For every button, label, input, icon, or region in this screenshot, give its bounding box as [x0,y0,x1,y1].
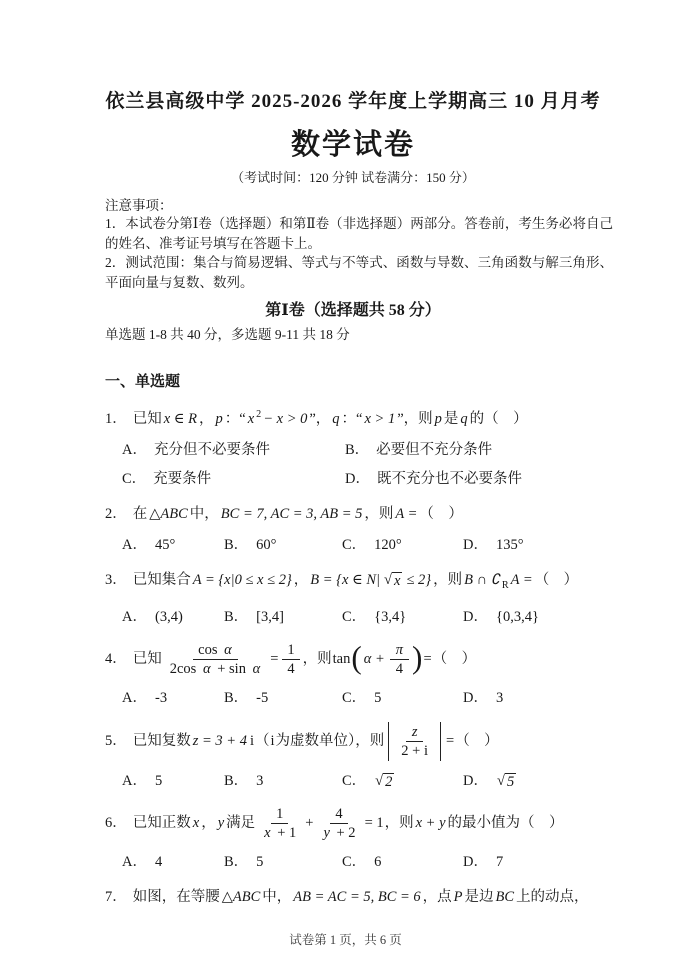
math-roman-run: 2 + i [401,743,428,759]
text-run: 是 [444,411,459,427]
math-roman-run: 4 [335,806,342,822]
radicand: 5 [505,773,516,791]
text-run: （ ） [433,651,477,667]
math-run: z = 3 + 4 [193,733,247,749]
math-run: A = [511,572,533,588]
option-label: D． [463,609,488,625]
math-roman-run: i [250,733,254,749]
option-label: B． [224,537,248,553]
question-option: A．4 [122,851,224,873]
math-roman-run: i [271,733,275,749]
math-run: A = {x|0 ≤ x ≤ 2} [193,572,292,588]
text-run: 既不充分也不必要条件 [377,471,522,487]
footer-page-number: 试卷第 1 页，共 6 页 [0,930,691,948]
question-number: 2． [105,506,127,522]
notice-item-2: 2．测试范围：集合与简易逻辑、等式与不等式、函数与导数、三角函数与解三角形、平面… [105,253,613,292]
option-label: C． [342,690,366,706]
math-run: α [224,642,232,658]
question-option: B．5 [224,851,342,873]
text-run: 中， [262,889,291,905]
text-run: ， [201,815,216,831]
math-roman-run: 3 [256,773,263,789]
fraction: cos α2cos α + sin α [165,641,266,678]
math-run: α + [364,651,385,667]
question-option: A．45° [122,534,224,556]
option-label: A． [122,537,147,553]
text-run: 已知集合 [133,572,191,588]
text-run: 上的动点， [516,889,589,905]
math-roman-run: 4 [396,661,403,677]
question-option: B．[3,4] [224,606,342,628]
text-run: （ ） [455,733,499,749]
exam-info: （考试时间：120 分钟 试卷满分：150 分） [93,167,613,186]
text-run: ”， [309,411,330,427]
math-roman-run: 1 [287,642,294,658]
question-options: A．(3,4)B．[3,4]C．{3,4}D．{0,3,4} [105,606,613,628]
question-stem: 1．已知x ∈ R，p：“x2− x > 0”，q：“x > 1”，则p是q的（… [105,404,613,430]
text-run: ：“ [342,411,363,427]
math-run: BC [496,889,515,905]
text-run: ， [199,411,214,427]
option-label: A． [122,854,147,870]
question-option: A．-3 [122,687,224,709]
text-run: ”，则 [397,411,432,427]
question-6: 6．已知正数x，y满足1x + 1+4y + 2= 1，则x + y的最小值为（… [105,805,613,873]
question-option: D．3 [463,687,613,709]
math-run: x [248,411,254,427]
math-run: B = {x ∈ N| [310,572,380,588]
question-4: 4．已知cos α2cos α + sin α=14，则tan(α +π4)=（… [105,641,613,709]
math-run: B ∩ ∁ [464,572,500,588]
question-options: A．充分但不必要条件B．必要但不充分条件C．充要条件D．既不充分也不必要条件 [105,439,613,490]
question-option: C．5 [342,687,463,709]
question-number: 1． [105,411,127,427]
question-stem: 2．在△ABC中，BC = 7, AC = 3, AB = 5，则A =（ ） [105,503,613,525]
math-run: AB = AC = 5, BC = 6 [293,889,420,905]
question-number: 6． [105,815,127,831]
math-run: p [435,411,442,427]
fraction-numerator: cos α [193,641,238,660]
option-label: C． [342,854,366,870]
fraction-denominator: y + 2 [317,824,360,842]
math-run: △ABC [222,889,261,905]
option-label: C． [342,537,366,553]
math-run: q [332,411,339,427]
text-run: 如图，在等腰 [133,889,220,905]
part-1-heading: 一、单选题 [105,370,613,391]
text-run: ，则 [364,506,393,522]
math-roman-run: {3,4} [374,609,406,625]
option-label: C． [342,609,366,625]
text-run: 充分但不必要条件 [154,442,270,458]
math-roman-run: (3,4) [155,609,183,625]
option-label: D． [463,773,488,789]
radicand: 2 [383,773,394,791]
notice-item-1: 1．本试卷分第Ⅰ卷（选择题）和第Ⅱ卷（非选择题）两部分。答卷前，考生务必将自己的… [105,214,613,253]
math-roman-run: 6 [374,854,381,870]
fraction-denominator: 4 [391,660,408,678]
math-roman-run: 135° [496,537,524,553]
option-label: A． [122,690,147,706]
question-option: C．120° [342,534,463,556]
text-run: 必要但不充分条件 [376,442,492,458]
math-roman-run: -5 [256,690,268,706]
math-roman-run: = [423,651,431,667]
fraction: π4 [390,641,409,678]
math-run: α [203,661,211,677]
text-run: ，则 [385,815,414,831]
question-stem: 7．如图，在等腰△ABC中，AB = AC = 5, BC = 6，点P是边BC… [105,886,613,908]
math-run: p [216,411,223,427]
question-7: 7．如图，在等腰△ABC中，AB = AC = 5, BC = 6，点P是边BC… [105,886,613,908]
text-run: 为虚数单位），则 [276,733,385,749]
math-roman-run: 3 [496,690,503,706]
question-options: A．5B．3C．√2D．√5 [105,770,613,792]
text-run: ：“ [225,411,246,427]
fraction-denominator: 2 + i [396,742,433,760]
question-option: C．充要条件 [122,468,345,490]
math-run: △ABC [149,506,188,522]
math-roman-run: 5 [256,854,263,870]
radical-sign: √ [384,572,392,589]
math-roman-run: 5 [155,773,162,789]
question-option: B．-5 [224,687,342,709]
text-run: （ ） [419,506,463,522]
question-stem: 4．已知cos α2cos α + sin α=14，则tan(α +π4)=（… [105,641,613,678]
option-label: D． [345,471,370,487]
fraction-numerator: 1 [271,805,288,824]
math-run: x + y [416,815,446,831]
math-run: A = [395,506,417,522]
text-run: 中， [190,506,219,522]
square-root: √5 [497,773,516,791]
math-roman-run: tan [333,651,351,667]
text-run: ，则 [303,651,332,667]
option-label: A． [122,773,147,789]
question-stem: 6．已知正数x，y满足1x + 1+4y + 2= 1，则x + y的最小值为（… [105,805,613,842]
fraction-numerator: π [390,641,409,660]
fraction: 14 [282,641,299,678]
fraction-denominator: 2cos α + sin α [165,660,266,678]
math-run: q [460,411,467,427]
square-root: √x [384,572,402,590]
math-run: x [264,825,270,841]
math-roman-run: [3,4] [256,609,284,625]
fraction: z2 + i [396,723,433,760]
text-run: 是边 [465,889,494,905]
math-roman-run: = [446,733,454,749]
math-run: x ∈ R [164,411,197,427]
math-run: y [323,825,329,841]
question-number: 5． [105,733,127,749]
question-options: A．4B．5C．6D．7 [105,851,613,873]
section-1-subtext: 单选题 1-8 共 40 分，多选题 9-11 共 18 分 [105,323,613,343]
math-roman-run: 60° [256,537,276,553]
math-roman-run: = 1 [365,815,384,831]
math-roman-run: 2cos [170,661,200,677]
fraction-numerator: z [406,723,424,742]
big-paren: ) [412,640,422,675]
absolute-value: z2 + i [388,722,441,761]
math-roman-run: = [270,651,278,667]
question-number: 7． [105,889,127,905]
question-option: C．{3,4} [342,606,463,628]
math-run: P [454,889,463,905]
question-number: 4． [105,651,127,667]
fraction-numerator: 1 [282,641,299,660]
question-option: C．6 [342,851,463,873]
superscript: 2 [256,409,261,420]
radical-sign: √ [497,773,505,790]
text-run: 的最小值为（ ） [448,815,564,831]
math-roman-run: 45° [155,537,175,553]
option-label: B． [224,609,248,625]
question-options: A．-3B．-5C．5D．3 [105,687,613,709]
math-roman-run: 7 [496,854,503,870]
text-run: （ [255,733,270,749]
question-option: D．{0,3,4} [463,606,613,628]
text-run: ，则 [433,572,462,588]
option-label: B． [224,690,248,706]
math-roman-run: + 2 [333,825,356,841]
notice-heading: 注意事项： [105,194,613,214]
question-option: B．必要但不充分条件 [345,439,613,461]
fraction: 1x + 1 [258,805,301,842]
text-run: 已知正数 [133,815,191,831]
fraction-denominator: 4 [282,660,299,678]
big-paren: ( [351,640,361,675]
option-label: A． [122,442,147,458]
text-run: ，点 [423,889,452,905]
text-run: 已知 [133,651,162,667]
question-2: 2．在△ABC中，BC = 7, AC = 3, AB = 5，则A =（ ）A… [105,503,613,556]
math-roman-run: + [305,815,313,831]
text-run: ， [294,572,309,588]
question-option: A．充分但不必要条件 [122,439,345,461]
math-run: y [218,815,224,831]
math-roman-run: 4 [287,661,294,677]
option-label: B． [224,773,248,789]
math-roman-run: 4 [155,854,162,870]
math-roman-run: + 1 [274,825,297,841]
text-run: 充要条件 [153,471,211,487]
text-run: 已知复数 [133,733,191,749]
math-run: x > 1 [364,411,395,427]
question-options: A．45°B．60°C．120°D．135° [105,534,613,556]
math-run: − x > 0 [263,411,307,427]
question-stem: 3．已知集合A = {x|0 ≤ x ≤ 2}，B = {x ∈ N|√x≤ 2… [105,569,613,597]
math-run: π [396,642,403,658]
text-run: 满足 [226,815,255,831]
question-option: B．60° [224,534,342,556]
question-5: 5．已知复数z = 3 + 4i（i为虚数单位），则z2 + i=（ ）A．5B… [105,722,613,792]
math-run: α [253,661,261,677]
question-option: A．5 [122,770,224,792]
text-run: 在 [133,506,148,522]
exam-page: 依兰县高级中学 2025-2026 学年度上学期高三 10 月月考 数学试卷 （… [0,0,691,978]
text-run: （ ） [535,572,579,588]
option-label: C． [122,471,146,487]
fraction-numerator: 4 [330,805,347,824]
question-option: B．3 [224,770,342,792]
math-roman-run: {0,3,4} [496,609,539,625]
square-root: √2 [375,773,394,791]
subject-title: 数学试卷 [93,122,613,163]
question-option: C．√2 [342,770,463,792]
fraction: 4y + 2 [317,805,360,842]
questions-container: 1．已知x ∈ R，p：“x2− x > 0”，q：“x > 1”，则p是q的（… [105,404,613,908]
question-1: 1．已知x ∈ R，p：“x2− x > 0”，q：“x > 1”，则p是q的（… [105,404,613,490]
text-run: 的（ ） [470,411,528,427]
question-option: D．既不充分也不必要条件 [345,468,613,490]
option-label: C． [342,773,366,789]
option-label: D． [463,854,488,870]
option-label: B． [345,442,369,458]
math-roman-run: 5 [374,690,381,706]
radical-sign: √ [375,773,383,790]
question-stem: 5．已知复数z = 3 + 4i（i为虚数单位），则z2 + i=（ ） [105,722,613,761]
question-3: 3．已知集合A = {x|0 ≤ x ≤ 2}，B = {x ∈ N|√x≤ 2… [105,569,613,628]
radicand: x [392,572,402,590]
math-run: BC = 7, AC = 3, AB = 5 [221,506,363,522]
option-label: B． [224,854,248,870]
question-option: D．135° [463,534,613,556]
subscript: R [502,580,509,591]
math-roman-run: 120° [374,537,402,553]
math-roman-run: cos [198,642,221,658]
option-label: A． [122,609,147,625]
section-1-heading: 第Ⅰ卷（选择题共 58 分） [93,297,613,320]
question-option: D．√5 [463,770,613,792]
math-roman-run: 1 [276,806,283,822]
exam-header-title: 依兰县高级中学 2025-2026 学年度上学期高三 10 月月考 [93,86,613,113]
fraction-denominator: x + 1 [258,824,301,842]
math-roman-run: -3 [155,690,167,706]
math-run: z [412,724,418,740]
math-roman-run: + sin [214,661,250,677]
text-run: 已知 [133,411,162,427]
question-number: 3． [105,572,127,588]
question-option: D．7 [463,851,613,873]
option-label: D． [463,537,488,553]
question-option: A．(3,4) [122,606,224,628]
math-run: x [193,815,199,831]
math-run: ≤ 2} [406,572,431,588]
option-label: D． [463,690,488,706]
